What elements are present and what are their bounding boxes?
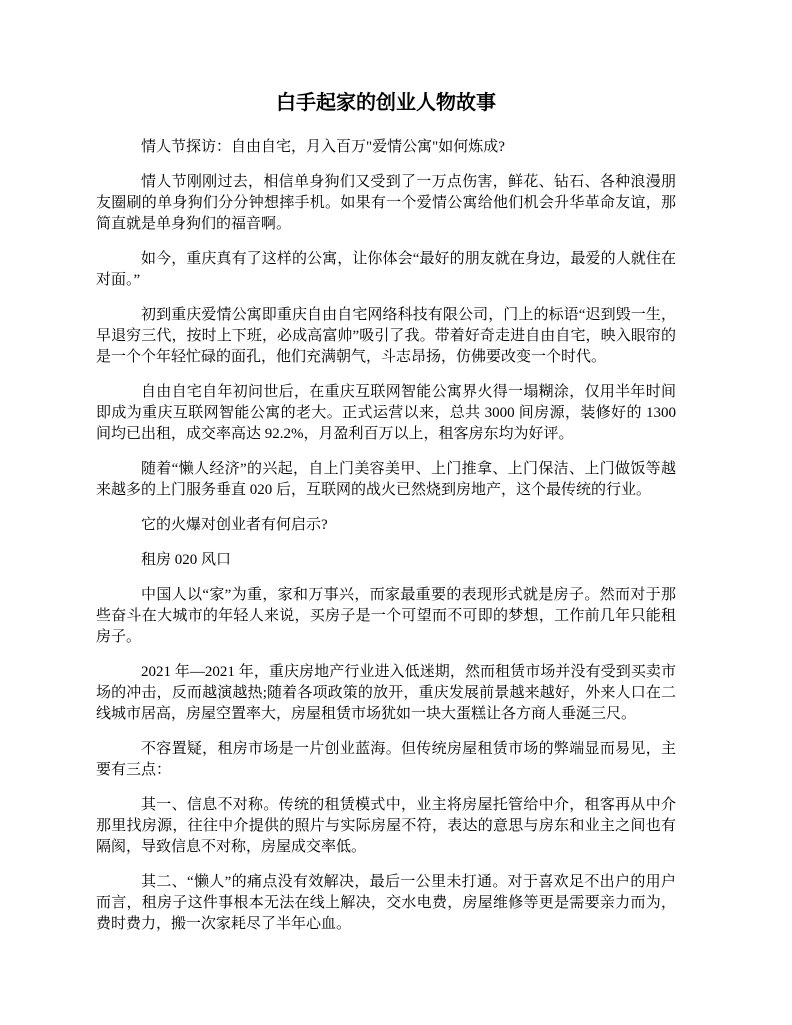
document-body: 情人节探访：自由自宅，月入百万"爱情公寓"如何炼成?情人节刚刚过去，相信单身狗们… bbox=[96, 137, 676, 935]
paragraph: 其一、信息不对称。传统的租赁模式中，业主将房屋托管给中介，租客再从中介那里找房源… bbox=[96, 795, 676, 858]
paragraph: 情人节刚刚过去，相信单身狗们又受到了一万点伤害，鲜花、钻石、各种浪漫朋友圈刷的单… bbox=[96, 172, 676, 235]
document-title: 白手起家的创业人物故事 bbox=[96, 90, 676, 116]
paragraph: 租房 020 风口 bbox=[96, 550, 676, 571]
paragraph: 自由自宅自年初问世后，在重庆互联网智能公寓界火得一塌糊涂，仅用半年时间即成为重庆… bbox=[96, 382, 676, 445]
paragraph: 不容置疑，租房市场是一片创业蓝海。但传统房屋租赁市场的弊端显而易见，主要有三点： bbox=[96, 739, 676, 781]
paragraph: 如今，重庆真有了这样的公寓，让你体会“最好的朋友就在身边，最爱的人就住在对面。” bbox=[96, 249, 676, 291]
paragraph: 初到重庆爱情公寓即重庆自由自宅网络科技有限公司，门上的标语“迟到毁一生，早退穷三… bbox=[96, 305, 676, 368]
paragraph: 随着“懒人经济”的兴起，自上门美容美甲、上门推拿、上门保洁、上门做饭等越来越多的… bbox=[96, 459, 676, 501]
document-page: 白手起家的创业人物故事 情人节探访：自由自宅，月入百万"爱情公寓"如何炼成?情人… bbox=[0, 0, 792, 1025]
paragraph: 其二、“懒人”的痛点没有效解决，最后一公里未打通。对于喜欢足不出户的用户而言，租… bbox=[96, 872, 676, 935]
paragraph: 它的火爆对创业者有何启示? bbox=[96, 515, 676, 536]
document-content: 白手起家的创业人物故事 情人节探访：自由自宅，月入百万"爱情公寓"如何炼成?情人… bbox=[96, 90, 676, 949]
paragraph: 情人节探访：自由自宅，月入百万"爱情公寓"如何炼成? bbox=[96, 137, 676, 158]
paragraph: 中国人以“家”为重，家和万事兴，而家最重要的表现形式就是房子。然而对于那些奋斗在… bbox=[96, 585, 676, 648]
paragraph: 2021 年—2021 年，重庆房地产行业进入低迷期，然而租赁市场并没有受到买卖… bbox=[96, 662, 676, 725]
